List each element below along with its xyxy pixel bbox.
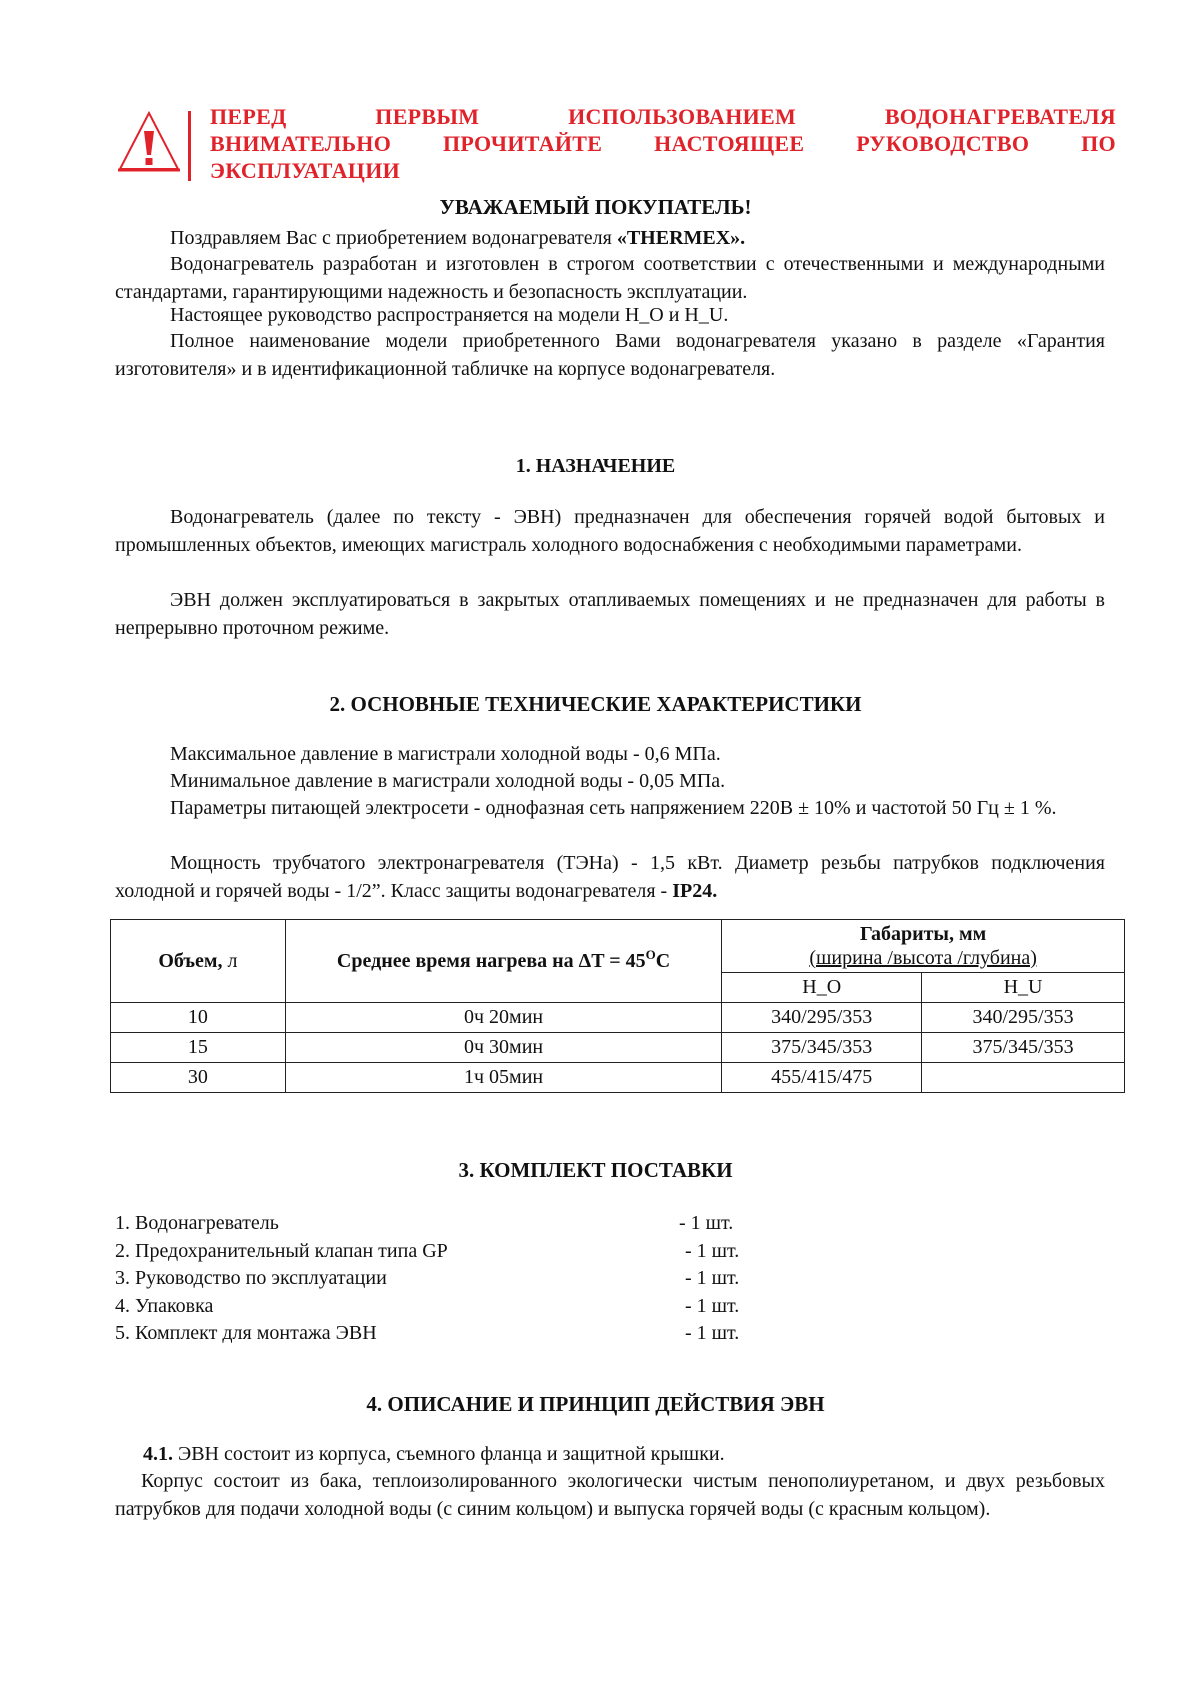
greeting-title: УВАЖАЕМЫЙ ПОКУПАТЕЛЬ! xyxy=(0,195,1191,220)
section-2-p1: Максимальное давление в магистрали холод… xyxy=(115,741,1105,769)
section-3-title: 3. КОМПЛЕКТ ПОСТАВКИ xyxy=(0,1158,1191,1183)
section-4-p1: 4.1. ЭВН состоит из корпуса, съемного фл… xyxy=(115,1441,1105,1469)
cell-volume: 10 xyxy=(111,1003,286,1033)
item-name: 3. Руководство по эксплуатации xyxy=(115,1267,387,1289)
header-dimensions: Габариты, мм (ширина /высота /глубина) xyxy=(722,920,1125,973)
warning-divider xyxy=(188,111,191,181)
cell-h-o: 375/345/353 xyxy=(722,1033,922,1063)
section-4-title: 4. ОПИСАНИЕ И ПРИНЦИП ДЕЙСТВИЯ ЭВН xyxy=(0,1392,1191,1417)
header-heat-time: Среднее время нагрева на ΔT = 45OC xyxy=(285,920,721,1003)
cell-time: 1ч 05мин xyxy=(285,1063,721,1093)
table-row: 150ч 30мин375/345/353375/345/353 xyxy=(111,1033,1125,1063)
warning-line: ЭКСПЛУАТАЦИИ xyxy=(210,157,1116,184)
item-name: 5. Комплект для монтажа ЭВН xyxy=(115,1322,377,1344)
warning-banner: ПЕРЕДПЕРВЫМИСПОЛЬЗОВАНИЕМВОДОНАГРЕВАТЕЛЯ… xyxy=(116,103,1116,183)
cell-h-u: 375/345/353 xyxy=(922,1033,1125,1063)
greeting-p4: Полное наименование модели приобретенног… xyxy=(115,328,1105,383)
item-quantity: - 1 шт. xyxy=(685,1265,739,1293)
list-item: 2. Предохранительный клапан типа GP- 1 ш… xyxy=(115,1238,815,1266)
cell-time: 0ч 20мин xyxy=(285,1003,721,1033)
item-name: 4. Упаковка xyxy=(115,1295,213,1317)
list-item: 1. Водонагреватель- 1 шт. xyxy=(115,1210,815,1238)
list-item: 3. Руководство по эксплуатации- 1 шт. xyxy=(115,1265,815,1293)
item-quantity: - 1 шт. xyxy=(685,1238,739,1266)
cell-time: 0ч 30мин xyxy=(285,1033,721,1063)
section-2-p3: Параметры питающей электросети - однофаз… xyxy=(115,795,1105,823)
cell-h-u: 340/295/353 xyxy=(922,1003,1125,1033)
item-quantity: - 1 шт. xyxy=(685,1320,739,1348)
warning-text: ПЕРЕДПЕРВЫМИСПОЛЬЗОВАНИЕМВОДОНАГРЕВАТЕЛЯ… xyxy=(210,103,1116,184)
table-row: 100ч 20мин340/295/353340/295/353 xyxy=(111,1003,1125,1033)
greeting-p3: Настоящее руководство распространяется н… xyxy=(115,302,1105,330)
item-name: 1. Водонагреватель xyxy=(115,1212,279,1234)
section-2-title: 2. ОСНОВНЫЕ ТЕХНИЧЕСКИЕ ХАРАКТЕРИСТИКИ xyxy=(0,692,1191,717)
list-item: 4. Упаковка- 1 шт. xyxy=(115,1293,815,1321)
warning-line: ВНИМАТЕЛЬНОПРОЧИТАЙТЕНАСТОЯЩЕЕРУКОВОДСТВ… xyxy=(210,130,1116,157)
list-item: 5. Комплект для монтажа ЭВН- 1 шт. xyxy=(115,1320,815,1348)
header-model-hu: H_U xyxy=(922,973,1125,1003)
greeting-p1: Поздравляем Вас с приобретением водонагр… xyxy=(115,225,1105,253)
header-volume: Объем, л xyxy=(111,920,286,1003)
item-name: 2. Предохранительный клапан типа GP xyxy=(115,1240,448,1262)
section-1-p1: Водонагреватель (далее по тексту - ЭВН) … xyxy=(115,504,1105,559)
cell-volume: 30 xyxy=(111,1063,286,1093)
header-model-ho: H_O xyxy=(722,973,922,1003)
warning-line: ПЕРЕДПЕРВЫМИСПОЛЬЗОВАНИЕМВОДОНАГРЕВАТЕЛЯ xyxy=(210,103,1116,130)
greeting-p2: Водонагреватель разработан и изготовлен … xyxy=(115,251,1105,306)
section-1-title: 1. НАЗНАЧЕНИЕ xyxy=(0,455,1191,478)
table-row: 301ч 05мин455/415/475 xyxy=(111,1063,1125,1093)
specs-table: Объем, л Среднее время нагрева на ΔT = 4… xyxy=(110,919,1125,1093)
cell-h-u xyxy=(922,1063,1125,1093)
delivery-kit-list: 1. Водонагреватель- 1 шт.2. Предохраните… xyxy=(115,1210,815,1348)
cell-h-o: 455/415/475 xyxy=(722,1063,922,1093)
cell-volume: 15 xyxy=(111,1033,286,1063)
section-1-p2: ЭВН должен эксплуатироваться в закрытых … xyxy=(115,587,1105,642)
warning-triangle-icon xyxy=(116,109,182,175)
cell-h-o: 340/295/353 xyxy=(722,1003,922,1033)
brand-name: «THERMEX». xyxy=(617,227,745,249)
item-quantity: - 1 шт. xyxy=(685,1293,739,1321)
section-2-p2: Минимальное давление в магистрали холодн… xyxy=(115,768,1105,796)
section-4-p2: Корпус состоит из бака, теплоизолированн… xyxy=(115,1468,1105,1523)
section-2-p4: Мощность трубчатого электронагревателя (… xyxy=(115,850,1105,905)
protection-class: IP24. xyxy=(672,880,717,902)
item-quantity: - 1 шт. xyxy=(679,1210,733,1238)
